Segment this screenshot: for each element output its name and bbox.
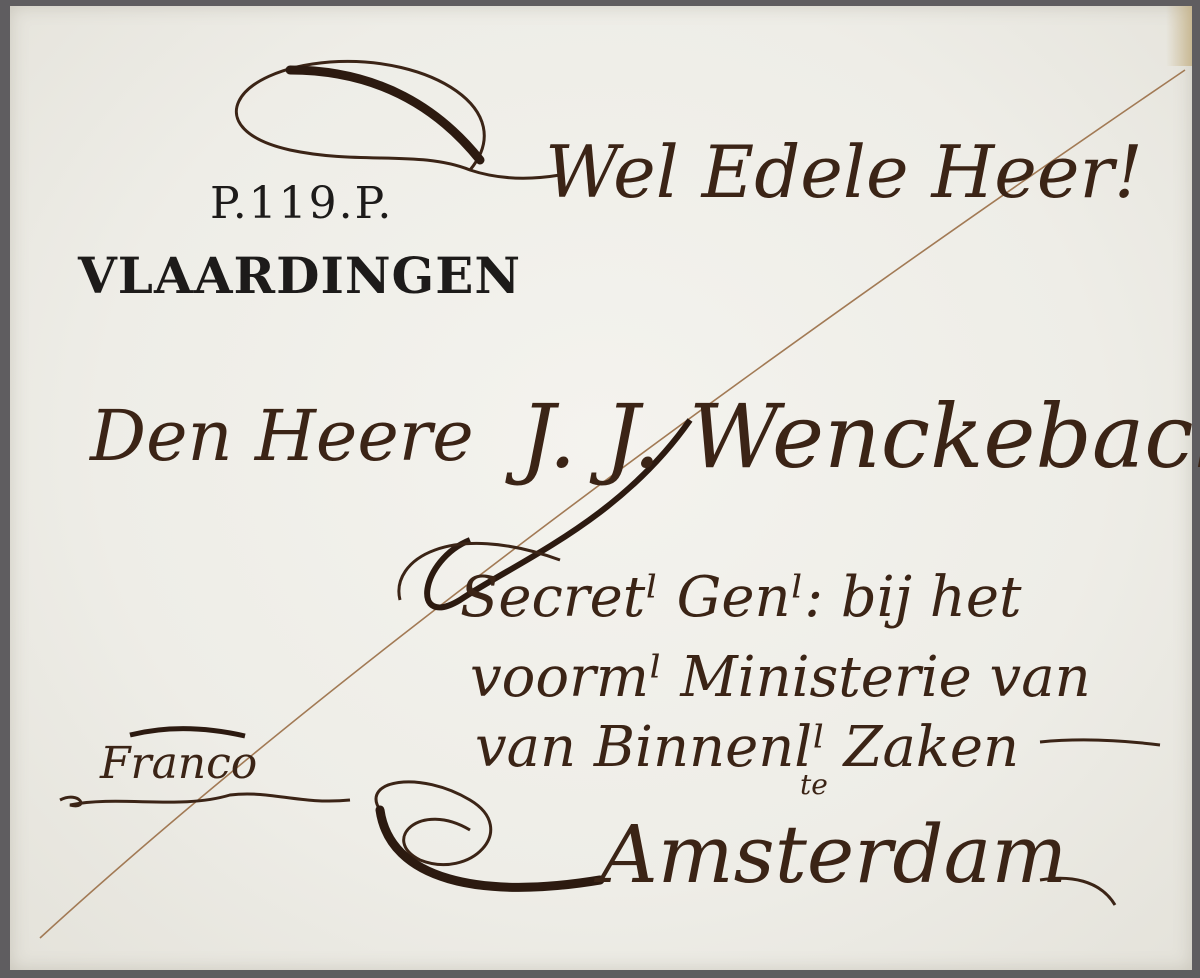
franco-marking: Franco (100, 738, 257, 789)
destination-city: Amsterdam (600, 808, 1067, 901)
addressee-title-line2: voormˡ Ministerie van (470, 645, 1091, 710)
postmark-line1: P.119.P. (210, 178, 393, 229)
addressee-title-line1: Secretˡ Genˡ: bij het (460, 565, 1022, 630)
address-prefix: Den Heere (90, 395, 474, 477)
postmark-line2: VLAARDINGEN (78, 246, 521, 305)
addressee-title-line3: van Binnenlˡ Zaken (475, 715, 1019, 780)
te-word: te (800, 768, 828, 801)
addressee-name: J. J. Wenckebach (520, 385, 1200, 488)
salutation-text: Wel Edele Heer! (545, 130, 1143, 214)
